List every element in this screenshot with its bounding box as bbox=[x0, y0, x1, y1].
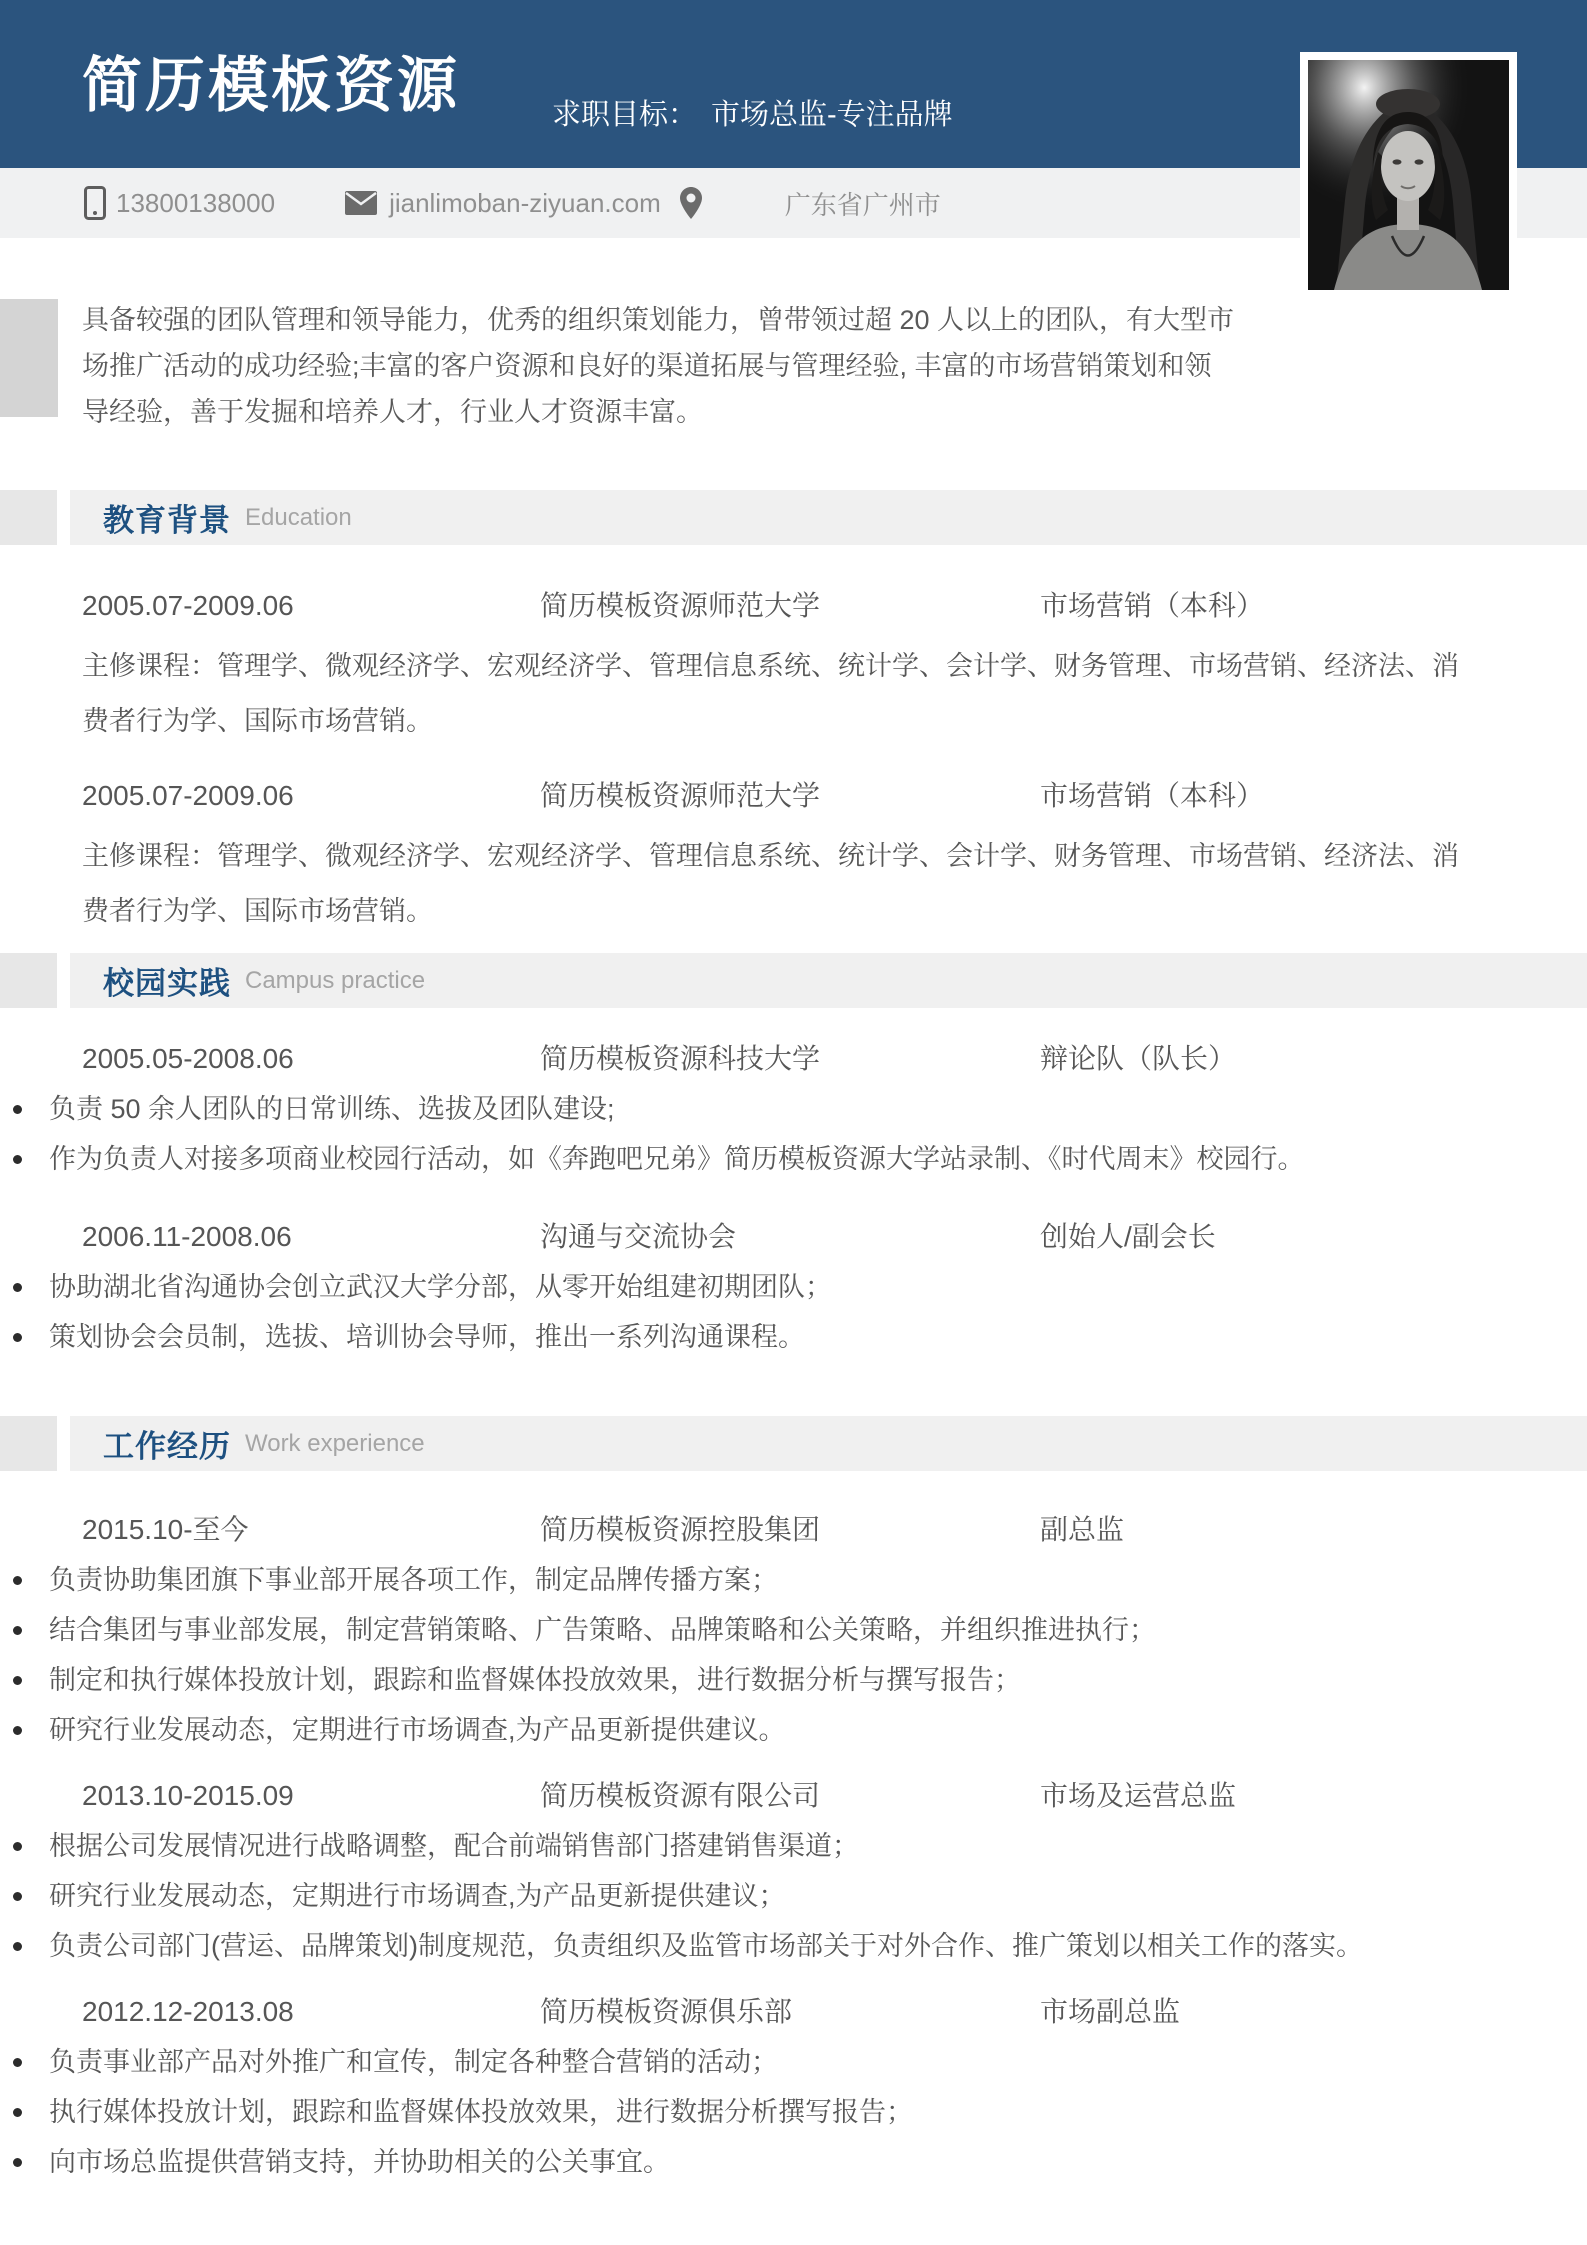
entry-bullets: 负责 50 余人团队的日常训练、选拔及团队建设; 作为负责人对接多项商业校园行活… bbox=[0, 1090, 1587, 1178]
bullet-text: 结合集团与事业部发展，制定营销策略、广告策略、品牌策略和公关策略，并组织推进执行… bbox=[49, 1611, 1156, 1649]
bullet-text: 负责事业部产品对外推广和宣传，制定各种整合营销的活动； bbox=[49, 2043, 778, 2081]
phone-number: 13800138000 bbox=[116, 188, 275, 219]
entry-role: 市场及运营总监 bbox=[1040, 1777, 1587, 1815]
bullet-dot bbox=[13, 1676, 22, 1685]
location-text: 广东省广州市 bbox=[785, 185, 941, 222]
bullet-item: 策划协会会员制，选拔、培训协会导师，推出一系列沟通课程。 bbox=[0, 1318, 1587, 1356]
section-title-bar: 工作经历 Work experience bbox=[70, 1416, 1587, 1471]
entry-header: 2013.10-2015.09 简历模板资源有限公司 市场及运营总监 bbox=[82, 1777, 1587, 1815]
bullet-dot bbox=[13, 1726, 22, 1735]
summary-accent-block bbox=[0, 299, 58, 417]
bullet-text: 策划协会会员制，选拔、培训协会导师，推出一系列沟通课程。 bbox=[49, 1318, 805, 1356]
bullet-text: 负责 50 余人团队的日常训练、选拔及团队建设; bbox=[49, 1090, 615, 1128]
job-objective-value: 市场总监-专注品牌 bbox=[711, 99, 953, 131]
email-address: jianlimoban-ziyuan.com bbox=[389, 188, 661, 219]
entry-date: 2015.10-至今 bbox=[82, 1511, 540, 1549]
bullet-dot bbox=[13, 1576, 22, 1585]
bullet-dot bbox=[13, 2058, 22, 2067]
section-header-campus: 校园实践 Campus practice bbox=[0, 953, 1587, 1008]
entry-role: 市场副总监 bbox=[1040, 1993, 1587, 2031]
entry-bullets: 负责协助集团旗下事业部开展各项工作，制定品牌传播方案； 结合集团与事业部发展，制… bbox=[0, 1561, 1587, 1749]
bullet-item: 根据公司发展情况进行战略调整，配合前端销售部门搭建销售渠道； bbox=[0, 1827, 1587, 1865]
bullet-item: 研究行业发展动态，定期进行市场调查,为产品更新提供建议； bbox=[0, 1877, 1587, 1915]
entry-organization: 简历模板资源师范大学 bbox=[540, 587, 1040, 625]
bullet-dot bbox=[13, 1155, 22, 1164]
section-header-work: 工作经历 Work experience bbox=[0, 1416, 1587, 1471]
bullet-text: 研究行业发展动态，定期进行市场调查,为产品更新提供建议； bbox=[49, 1877, 786, 1915]
entry-date: 2012.12-2013.08 bbox=[82, 1993, 540, 2031]
summary-section: 具备较强的团队管理和领导能力，优秀的组织策划能力，曾带领过超 20 人以上的团队… bbox=[0, 297, 1587, 435]
entry-header: 2005.05-2008.06 简历模板资源科技大学 辩论队（队长） bbox=[82, 1040, 1587, 1078]
bullet-item: 向市场总监提供营销支持，并协助相关的公关事宜。 bbox=[0, 2143, 1587, 2181]
entry-organization: 简历模板资源师范大学 bbox=[540, 777, 1040, 815]
section-header-education: 教育背景 Education bbox=[0, 490, 1587, 545]
entry-courses: 主修课程：管理学、微观经济学、宏观经济学、管理信息系统、统计学、会计学、财务管理… bbox=[82, 639, 1482, 749]
bullet-item: 结合集团与事业部发展，制定营销策略、广告策略、品牌策略和公关策略，并组织推进执行… bbox=[0, 1611, 1587, 1649]
bullet-text: 负责公司部门(营运、品牌策划)制度规范，负责组织及监管市场部关于对外合作、推广策… bbox=[49, 1927, 1363, 1965]
entry-header: 2005.07-2009.06 简历模板资源师范大学 市场营销（本科） bbox=[82, 777, 1587, 815]
bullet-dot bbox=[13, 2108, 22, 2117]
bullet-item: 负责事业部产品对外推广和宣传，制定各种整合营销的活动； bbox=[0, 2043, 1587, 2081]
section-title-bar: 教育背景 Education bbox=[70, 490, 1587, 545]
entry-header: 2005.07-2009.06 简历模板资源师范大学 市场营销（本科） bbox=[82, 587, 1587, 625]
bullet-text: 制定和执行媒体投放计划，跟踪和监督媒体投放效果，进行数据分析与撰写报告； bbox=[49, 1661, 1021, 1699]
phone-icon bbox=[84, 186, 106, 220]
entry-role: 市场营销（本科） bbox=[1040, 587, 1587, 625]
bullet-dot bbox=[13, 1333, 22, 1342]
entry-header: 2006.11-2008.06 沟通与交流协会 创始人/副会长 bbox=[82, 1218, 1587, 1256]
section-title-cn: 工作经历 bbox=[103, 1421, 231, 1466]
section-title-cn: 校园实践 bbox=[103, 958, 231, 1003]
bullet-text: 研究行业发展动态，定期进行市场调查,为产品更新提供建议。 bbox=[49, 1711, 786, 1749]
entry-bullets: 负责事业部产品对外推广和宣传，制定各种整合营销的活动； 执行媒体投放计划，跟踪和… bbox=[0, 2043, 1587, 2181]
section-title-en: Work experience bbox=[245, 1430, 425, 1458]
entry-role: 辩论队（队长） bbox=[1040, 1040, 1587, 1078]
entry-organization: 简历模板资源科技大学 bbox=[540, 1040, 1040, 1078]
bullet-item: 研究行业发展动态，定期进行市场调查,为产品更新提供建议。 bbox=[0, 1711, 1587, 1749]
section-education: 教育背景 Education 2005.07-2009.06 简历模板资源师范大… bbox=[0, 490, 1587, 939]
bullet-item: 作为负责人对接多项商业校园行活动，如《奔跑吧兄弟》简历模板资源大学站录制、《时代… bbox=[0, 1140, 1587, 1178]
bullet-dot bbox=[13, 1942, 22, 1951]
entry-header: 2015.10-至今 简历模板资源控股集团 副总监 bbox=[82, 1511, 1587, 1549]
entry-role: 创始人/副会长 bbox=[1040, 1218, 1587, 1256]
bullet-item: 协助湖北省沟通协会创立武汉大学分部，从零开始组建初期团队； bbox=[0, 1268, 1587, 1306]
entry-date: 2006.11-2008.06 bbox=[82, 1218, 540, 1256]
bullet-item: 执行媒体投放计划，跟踪和监督媒体投放效果，进行数据分析撰写报告； bbox=[0, 2093, 1587, 2131]
bullet-dot bbox=[13, 1283, 22, 1292]
bullet-text: 向市场总监提供营销支持，并协助相关的公关事宜。 bbox=[49, 2143, 670, 2181]
section-title-en: Campus practice bbox=[245, 967, 425, 995]
section-accent-square bbox=[0, 1416, 57, 1471]
bullet-dot bbox=[13, 1105, 22, 1114]
entry-role: 副总监 bbox=[1040, 1511, 1587, 1549]
entry-role: 市场营销（本科） bbox=[1040, 777, 1587, 815]
bullet-text: 负责协助集团旗下事业部开展各项工作，制定品牌传播方案； bbox=[49, 1561, 778, 1599]
entry-date: 2013.10-2015.09 bbox=[82, 1777, 540, 1815]
bullet-item: 负责公司部门(营运、品牌策划)制度规范，负责组织及监管市场部关于对外合作、推广策… bbox=[0, 1927, 1587, 1965]
bullet-text: 作为负责人对接多项商业校园行活动，如《奔跑吧兄弟》简历模板资源大学站录制、《时代… bbox=[49, 1140, 1305, 1178]
section-accent-square bbox=[0, 490, 57, 545]
section-campus-practice: 校园实践 Campus practice 2005.05-2008.06 简历模… bbox=[0, 953, 1587, 1356]
portrait-image bbox=[1308, 60, 1509, 290]
bullet-dot bbox=[13, 1626, 22, 1635]
job-objective: 求职目标：市场总监-专注品牌 bbox=[552, 98, 953, 133]
candidate-name: 简历模板资源 bbox=[82, 56, 460, 116]
entry-organization: 简历模板资源控股集团 bbox=[540, 1511, 1040, 1549]
job-objective-label: 求职目标： bbox=[552, 99, 697, 131]
bullet-item: 制定和执行媒体投放计划，跟踪和监督媒体投放效果，进行数据分析与撰写报告； bbox=[0, 1661, 1587, 1699]
entry-date: 2005.05-2008.06 bbox=[82, 1040, 540, 1078]
summary-text: 具备较强的团队管理和领导能力，优秀的组织策划能力，曾带领过超 20 人以上的团队… bbox=[82, 297, 1237, 435]
section-accent-square bbox=[0, 953, 57, 1008]
section-title-cn: 教育背景 bbox=[103, 495, 231, 540]
entry-bullets: 协助湖北省沟通协会创立武汉大学分部，从零开始组建初期团队； 策划协会会员制，选拔… bbox=[0, 1268, 1587, 1356]
section-title-en: Education bbox=[245, 504, 352, 532]
location-pin-icon bbox=[679, 186, 703, 220]
entry-courses: 主修课程：管理学、微观经济学、宏观经济学、管理信息系统、统计学、会计学、财务管理… bbox=[82, 829, 1482, 939]
resume-page: 简历模板资源 求职目标：市场总监-专注品牌 bbox=[0, 0, 1587, 2245]
entry-organization: 简历模板资源有限公司 bbox=[540, 1777, 1040, 1815]
entry-date: 2005.07-2009.06 bbox=[82, 587, 540, 625]
entry-bullets: 根据公司发展情况进行战略调整，配合前端销售部门搭建销售渠道； 研究行业发展动态，… bbox=[0, 1827, 1587, 1965]
section-work-experience: 工作经历 Work experience 2015.10-至今 简历模板资源控股… bbox=[0, 1416, 1587, 2181]
envelope-icon bbox=[345, 191, 377, 215]
entry-organization: 沟通与交流协会 bbox=[540, 1218, 1040, 1256]
bullet-dot bbox=[13, 2158, 22, 2167]
bullet-dot bbox=[13, 1842, 22, 1851]
section-title-bar: 校园实践 Campus practice bbox=[70, 953, 1587, 1008]
bullet-item: 负责协助集团旗下事业部开展各项工作，制定品牌传播方案； bbox=[0, 1561, 1587, 1599]
bullet-text: 执行媒体投放计划，跟踪和监督媒体投放效果，进行数据分析撰写报告； bbox=[49, 2093, 913, 2131]
bullet-text: 根据公司发展情况进行战略调整，配合前端销售部门搭建销售渠道； bbox=[49, 1827, 859, 1865]
bullet-dot bbox=[13, 1892, 22, 1901]
profile-photo bbox=[1300, 52, 1517, 298]
entry-organization: 简历模板资源俱乐部 bbox=[540, 1993, 1040, 2031]
entry-date: 2005.07-2009.06 bbox=[82, 777, 540, 815]
entry-header: 2012.12-2013.08 简历模板资源俱乐部 市场副总监 bbox=[82, 1993, 1587, 2031]
bullet-item: 负责 50 余人团队的日常训练、选拔及团队建设; bbox=[0, 1090, 1587, 1128]
bullet-text: 协助湖北省沟通协会创立武汉大学分部，从零开始组建初期团队； bbox=[49, 1268, 832, 1306]
